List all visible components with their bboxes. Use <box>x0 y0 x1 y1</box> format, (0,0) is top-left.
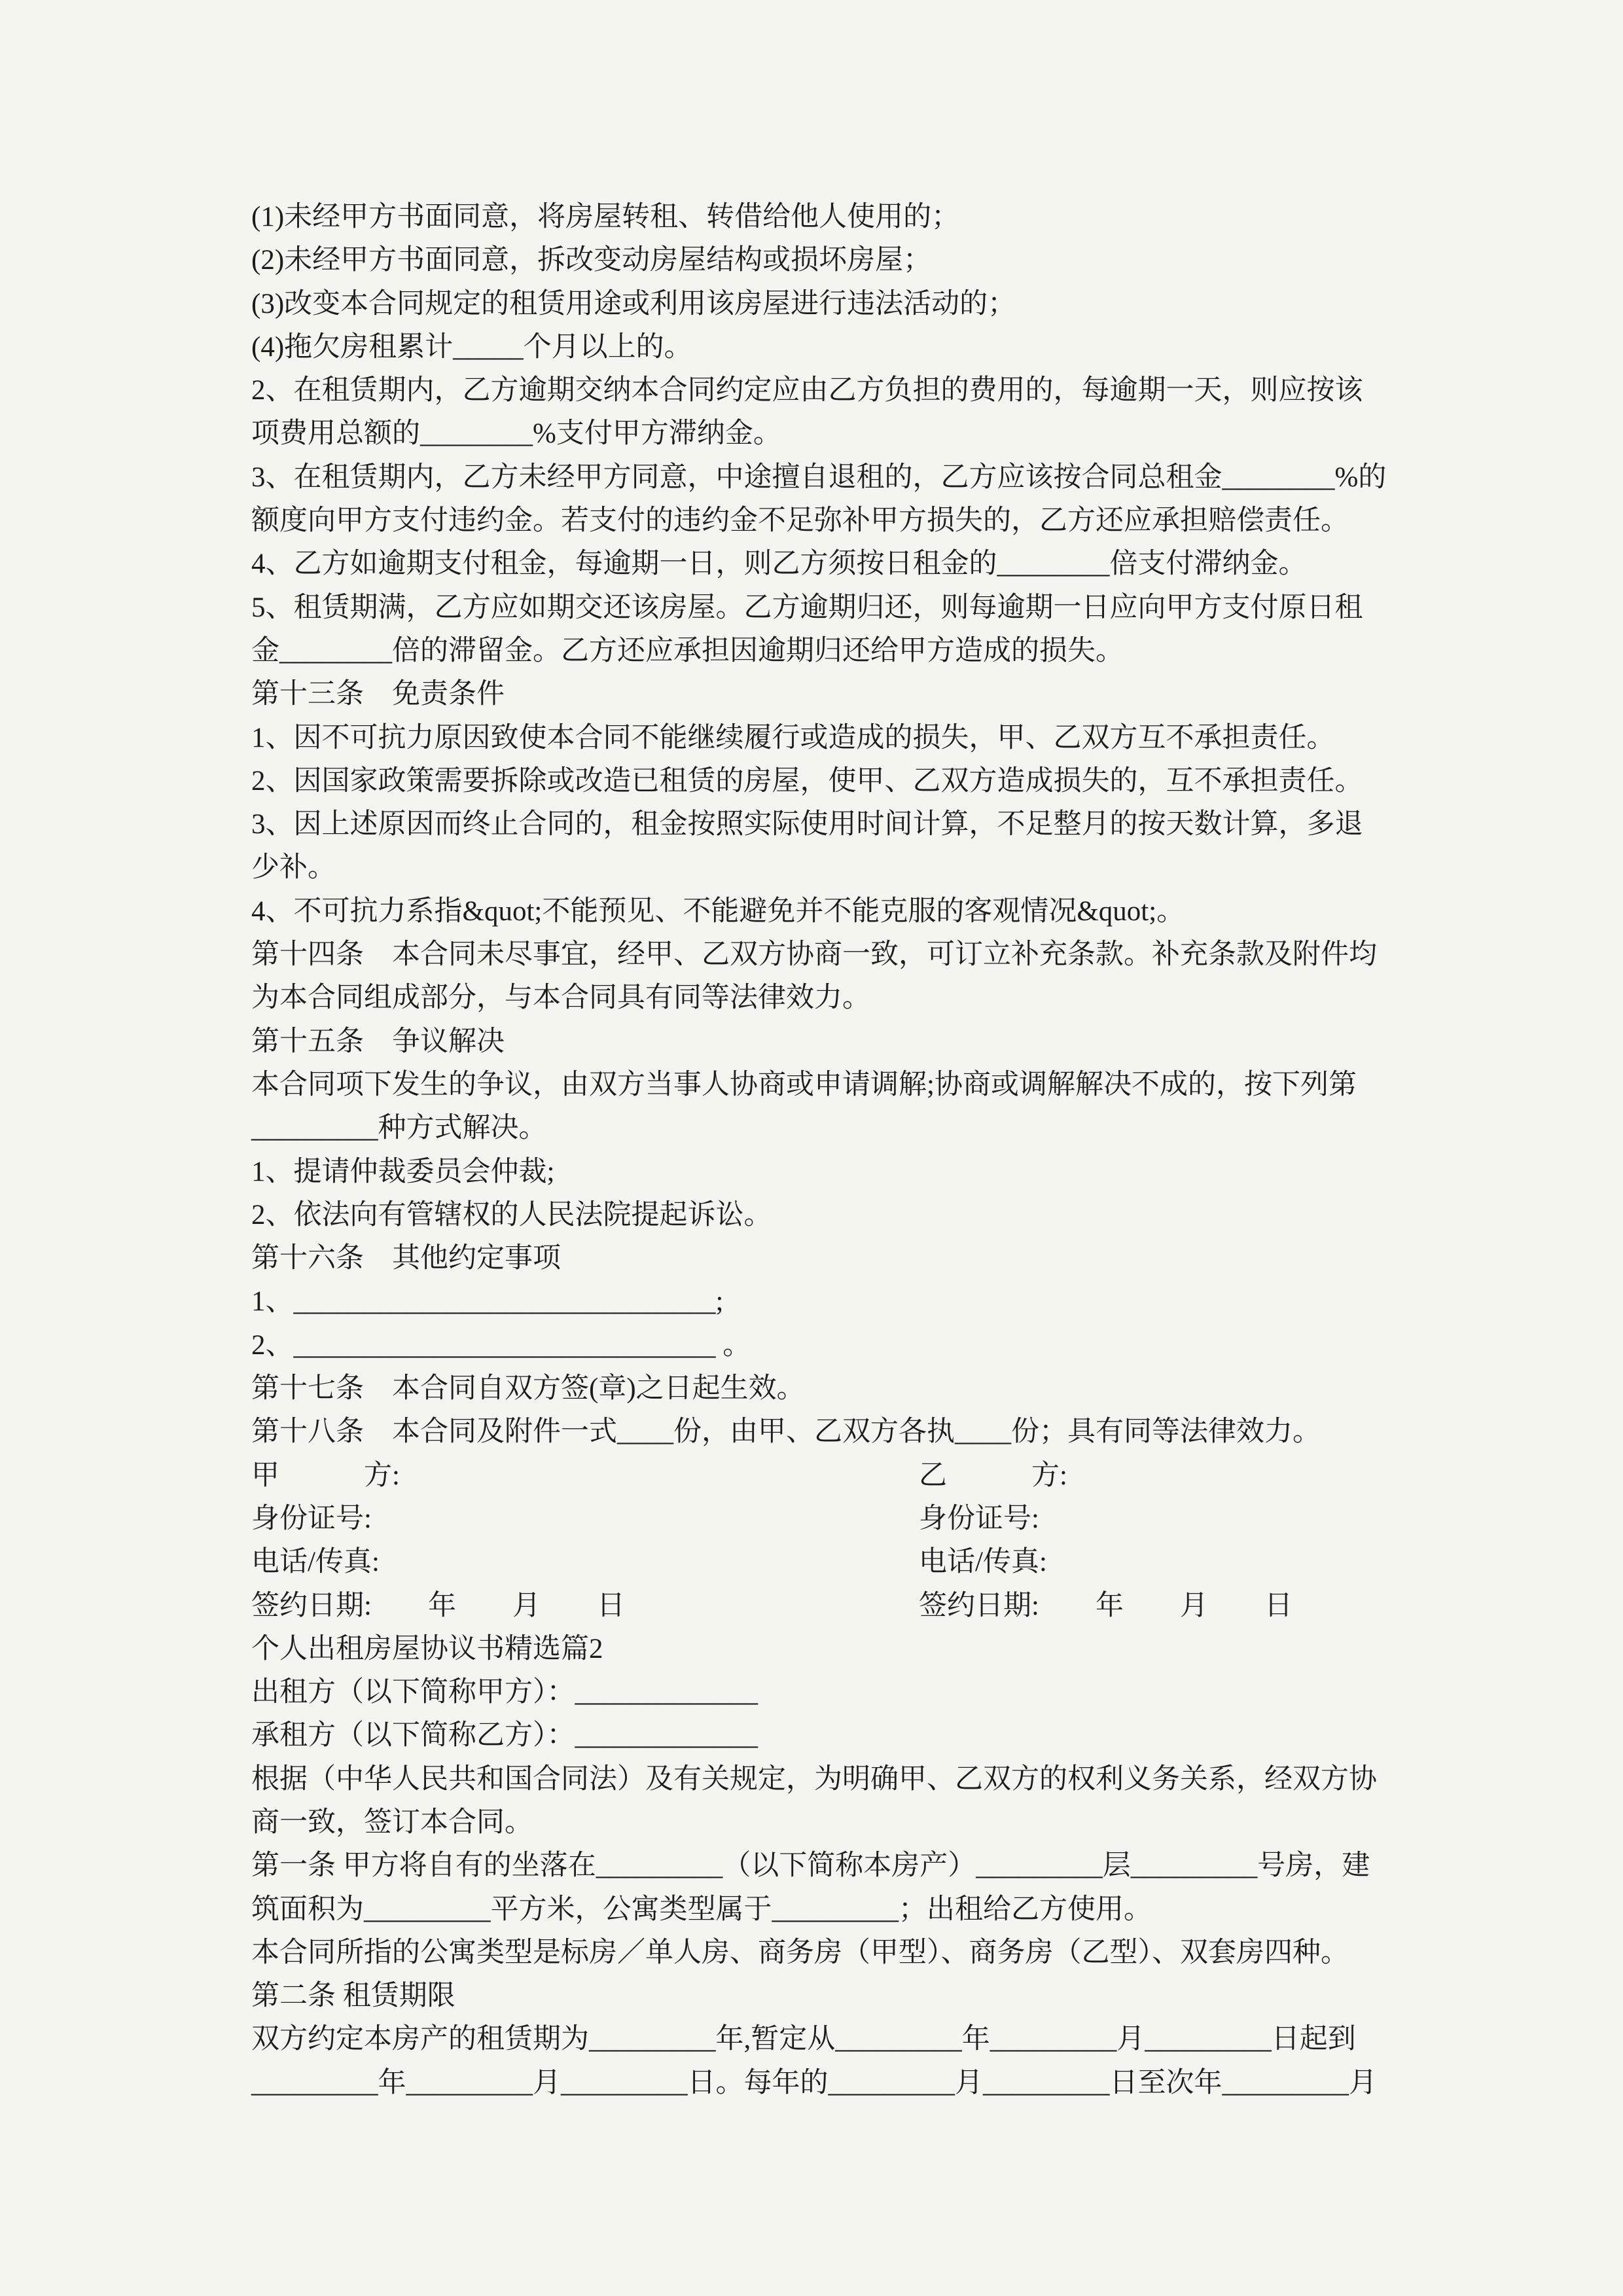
document-line: 金________倍的滞留金。乙方还应承担因逾期归还给甲方造成的损失。 <box>251 630 1394 673</box>
document-line: (1)未经甲方书面同意，将房屋转租、转借给他人使用的； <box>251 196 1394 239</box>
document-line: 根据（中华人民共和国合同法）及有关规定，为明确甲、乙双方的权利义务关系，经双方协 <box>251 1758 1394 1801</box>
document-line: 签约日期: 年 月 日签约日期: 年 月 日 <box>251 1585 1394 1628</box>
document-line: 第十七条 本合同自双方签(章)之日起生效。 <box>251 1367 1394 1410</box>
document-line: _________年_________月_________日。每年的______… <box>251 2062 1394 2105</box>
document-line: 1、因不可抗力原因致使本合同不能继续履行或造成的损失，甲、乙双方互不承担责任。 <box>251 717 1394 760</box>
line-left-column: 签约日期: 年 月 日 <box>251 1590 625 1621</box>
line-right-column: 乙 方: <box>919 1454 1067 1498</box>
document-line: _________种方式解决。 <box>251 1107 1394 1150</box>
document-line: 为本合同组成部分，与本合同具有同等法律效力。 <box>251 977 1394 1020</box>
document-line: 1、______________________________; <box>251 1280 1394 1323</box>
document-line: 第一条 甲方将自有的坐落在_________（以下简称本房产）_________… <box>251 1844 1394 1888</box>
document-line: 身份证号:身份证号: <box>251 1498 1394 1541</box>
document-line: 少补。 <box>251 846 1394 889</box>
document-line: 承租方（以下简称乙方）：_____________ <box>251 1714 1394 1757</box>
document-line: 双方约定本房产的租赁期为_________年,暂定从_________年____… <box>251 2018 1394 2061</box>
line-left-column: 身份证号: <box>251 1503 372 1534</box>
document-line: 3、因上述原因而终止合同的，租金按照实际使用时间计算，不足整月的按天数计算，多退 <box>251 803 1394 846</box>
line-right-column: 签约日期: 年 月 日 <box>919 1585 1293 1628</box>
document-line: 个人出租房屋协议书精选篇2 <box>251 1628 1394 1671</box>
document-line: 甲 方:乙 方: <box>251 1454 1394 1498</box>
document-line: 本合同所指的公寓类型是标房／单人房、商务房（甲型）、商务房（乙型）、双套房四种。 <box>251 1931 1394 1975</box>
line-right-column: 电话/传真: <box>919 1541 1047 1584</box>
document-line: 2、______________________________ 。 <box>251 1324 1394 1367</box>
document-line: 筑面积为_________平方米，公寓类型属于_________；出租给乙方使用… <box>251 1888 1394 1931</box>
document-line: 5、租赁期满，乙方应如期交还该房屋。乙方逾期归还，则每逾期一日应向甲方支付原日租 <box>251 586 1394 630</box>
document-line: 4、乙方如逾期支付租金，每逾期一日，则乙方须按日租金的________倍支付滞纳… <box>251 543 1394 586</box>
document-line: (2)未经甲方书面同意，拆改变动房屋结构或损坏房屋； <box>251 239 1394 282</box>
line-left-column: 甲 方: <box>251 1460 400 1491</box>
document-line: 额度向甲方支付违约金。若支付的违约金不足弥补甲方损失的，乙方还应承担赔偿责任。 <box>251 499 1394 543</box>
document-line: 第十五条 争议解决 <box>251 1020 1394 1064</box>
document-line: 电话/传真:电话/传真: <box>251 1541 1394 1584</box>
document-line: (3)改变本合同规定的租赁用途或利用该房屋进行违法活动的； <box>251 283 1394 326</box>
document-line: 第二条 租赁期限 <box>251 1975 1394 2018</box>
document-line: 第十八条 本合同及附件一式____份，由甲、乙双方各执____份；具有同等法律效… <box>251 1410 1394 1454</box>
contract-document-page: (1)未经甲方书面同意，将房屋转租、转借给他人使用的；(2)未经甲方书面同意，拆… <box>0 0 1623 2296</box>
document-line: 4、不可抗力系指&quot;不能预见、不能避免并不能克服的客观情况&quot;。 <box>251 890 1394 933</box>
document-line: 1、提请仲裁委员会仲裁; <box>251 1151 1394 1194</box>
document-line: 第十六条 其他约定事项 <box>251 1237 1394 1280</box>
document-line: 本合同项下发生的争议，由双方当事人协商或申请调解;协商或调解解决不成的，按下列第 <box>251 1064 1394 1107</box>
document-line: 商一致，签订本合同。 <box>251 1801 1394 1844</box>
document-line: 2、在租赁期内，乙方逾期交纳本合同约定应由乙方负担的费用的，每逾期一天，则应按该 <box>251 369 1394 412</box>
line-left-column: 电话/传真: <box>251 1547 380 1577</box>
document-line: 出租方（以下简称甲方）：_____________ <box>251 1671 1394 1714</box>
line-right-column: 身份证号: <box>919 1498 1039 1541</box>
document-line: 第十四条 本合同未尽事宜，经甲、乙双方协商一致，可订立补充条款。补充条款及附件均 <box>251 933 1394 977</box>
document-line: (4)拖欠房租累计_____个月以上的。 <box>251 326 1394 369</box>
contract-body: (1)未经甲方书面同意，将房屋转租、转借给他人使用的；(2)未经甲方书面同意，拆… <box>251 196 1394 2105</box>
document-line: 项费用总额的________%支付甲方滞纳金。 <box>251 412 1394 456</box>
document-line: 2、依法向有管辖权的人民法院提起诉讼。 <box>251 1194 1394 1237</box>
document-line: 2、因国家政策需要拆除或改造已租赁的房屋，使甲、乙双方造成损失的，互不承担责任。 <box>251 760 1394 803</box>
document-line: 3、在租赁期内，乙方未经甲方同意，中途擅自退租的，乙方应该按合同总租金_____… <box>251 456 1394 499</box>
document-line: 第十三条 免责条件 <box>251 673 1394 716</box>
